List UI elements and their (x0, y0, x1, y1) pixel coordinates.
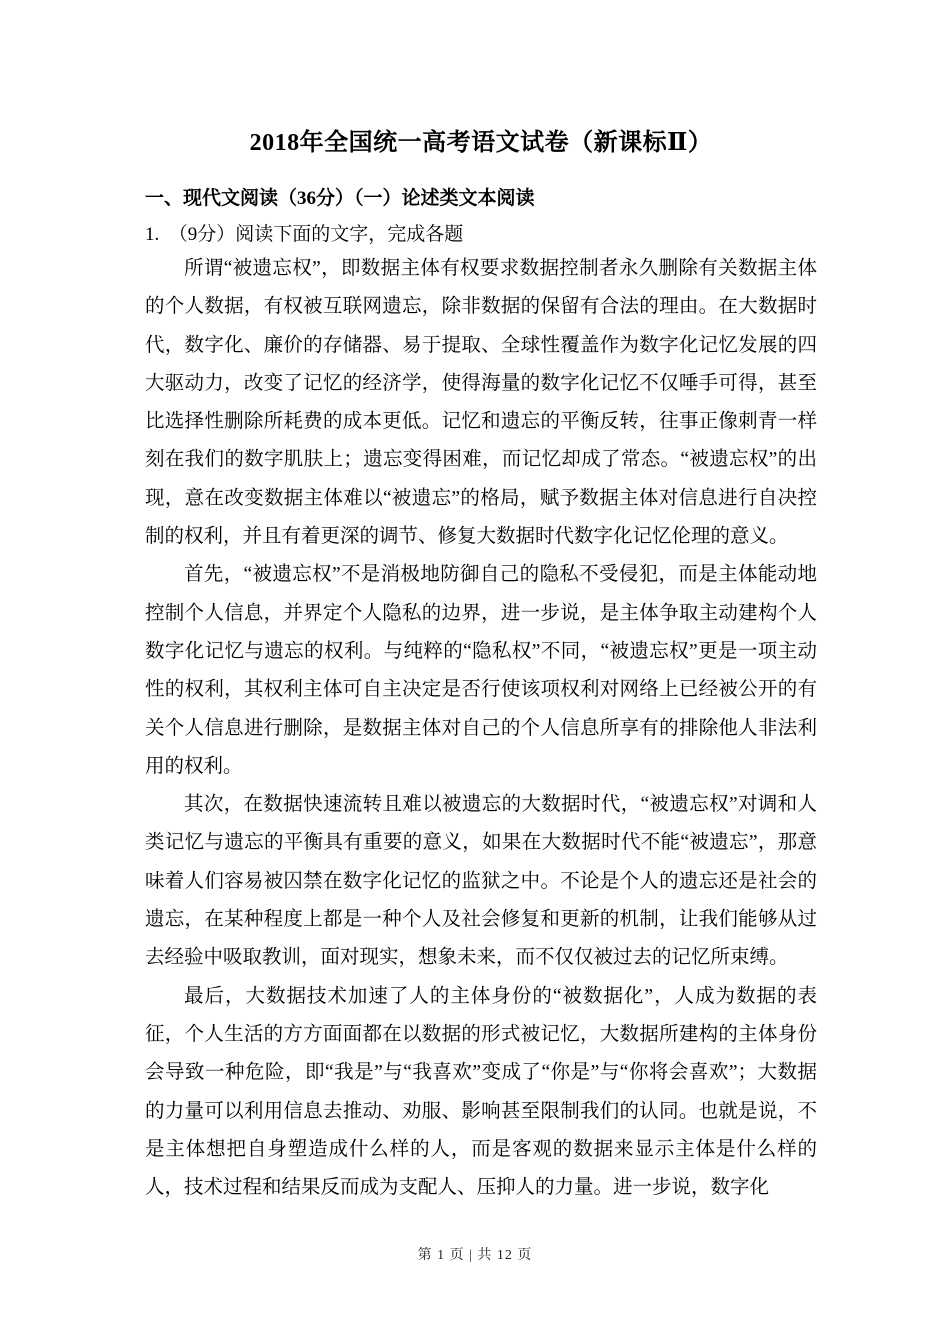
article-paragraph: 首先，“被遗忘权”不是消极地防御自己的隐私不受侵犯，而是主体能动地控制个人信息，… (145, 556, 817, 786)
page-title: 2018年全国统一高考语文试卷（新课标Ⅱ） (145, 126, 817, 160)
article-paragraph: 最后，大数据技术加速了人的主体身份的“被数据化”，人成为数据的表征，个人生活的方… (145, 978, 817, 1208)
article-body: 所谓“被遗忘权”，即数据主体有权要求数据控制者永久删除有关数据主体的个人数据，有… (145, 250, 817, 1207)
article-paragraph: 所谓“被遗忘权”，即数据主体有权要求数据控制者永久删除有关数据主体的个人数据，有… (145, 250, 817, 556)
page-number-indicator: 第 1 页 | 共 12 页 (0, 1244, 950, 1264)
section-heading: 一、现代文阅读（36分）（一）论述类文本阅读 (145, 184, 817, 214)
article-paragraph: 其次，在数据快速流转且难以被遗忘的大数据时代，“被遗忘权”对调和人类记忆与遗忘的… (145, 786, 817, 977)
exam-paper-page: 2018年全国统一高考语文试卷（新课标Ⅱ） 一、现代文阅读（36分）（一）论述类… (0, 0, 950, 1344)
page-content: 2018年全国统一高考语文试卷（新课标Ⅱ） 一、现代文阅读（36分）（一）论述类… (145, 0, 817, 1207)
question-lead: 1. （9分）阅读下面的文字，完成各题 (145, 220, 817, 250)
